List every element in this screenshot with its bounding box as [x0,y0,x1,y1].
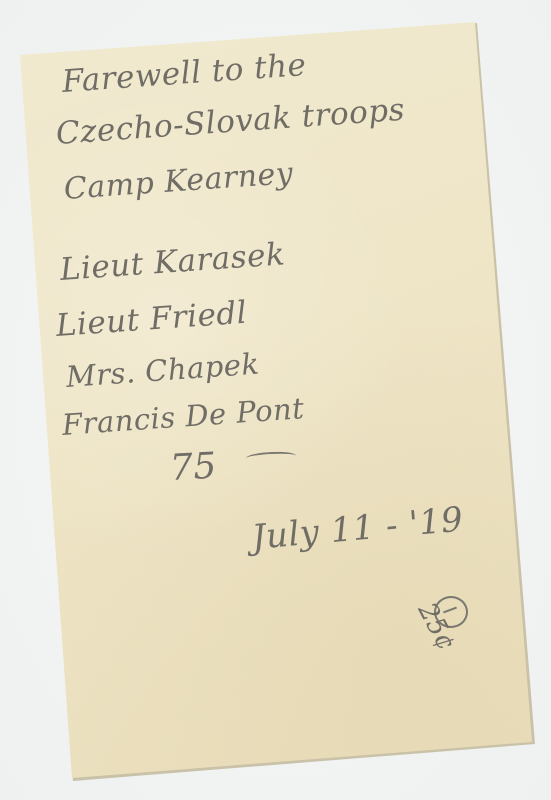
number-annotation: 75 [169,446,218,489]
scan-background: Farewell to the Czecho-Slovak troops Cam… [0,0,551,800]
